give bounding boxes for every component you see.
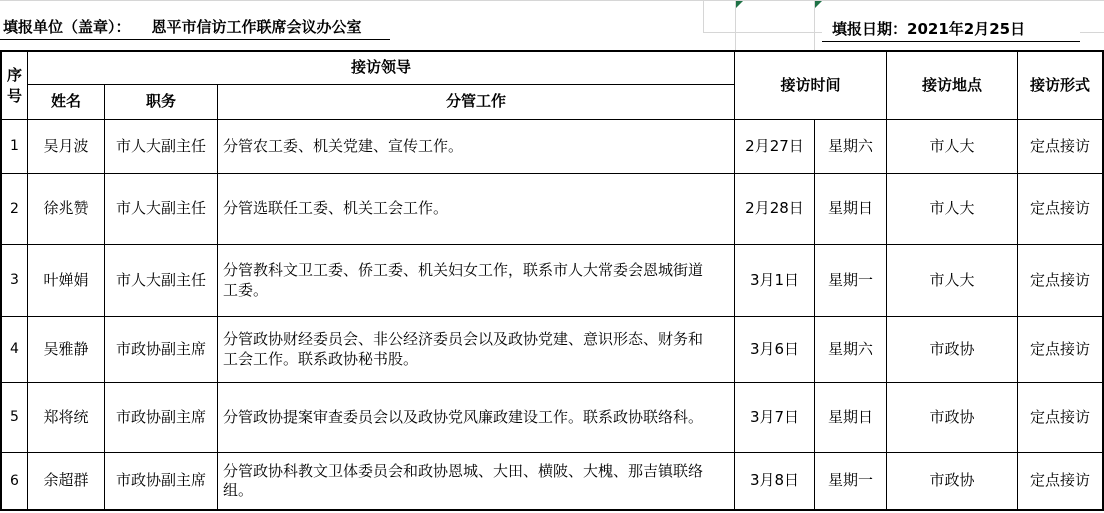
cell-seq[interactable]: 5 [2, 383, 28, 453]
cell-name[interactable]: 徐兆赞 [28, 174, 105, 245]
gridline-vertical [703, 0, 704, 32]
reporting-unit-label: 填报单位（盖章）： [3, 16, 131, 37]
cell-title[interactable]: 市政协副主席 [105, 383, 218, 453]
cell-weekday[interactable]: 星期六 [815, 317, 887, 383]
cell-duty[interactable]: 分管政协提案审查委员会以及政协党风廉政建设工作。联系政协联络科。 [218, 383, 735, 453]
header-seq[interactable]: 序号 [2, 52, 28, 120]
header-location[interactable]: 接访地点 [887, 52, 1018, 120]
cell-name[interactable]: 余超群 [28, 453, 105, 509]
cell-duty[interactable]: 分管选联任工委、机关工会工作。 [218, 174, 735, 245]
reporting-date-label: 填报日期： [832, 18, 907, 39]
cell-title[interactable]: 市政协副主席 [105, 453, 218, 509]
cell-form[interactable]: 定点接访 [1018, 120, 1102, 174]
cell-weekday[interactable]: 星期一 [815, 245, 887, 317]
cell-form[interactable]: 定点接访 [1018, 453, 1102, 509]
cell-seq[interactable]: 4 [2, 317, 28, 383]
cell-weekday[interactable]: 星期日 [815, 383, 887, 453]
cell-title[interactable]: 市人大副主任 [105, 245, 218, 317]
cell-form[interactable]: 定点接访 [1018, 245, 1102, 317]
cell-weekday[interactable]: 星期六 [815, 120, 887, 174]
cell-location[interactable]: 市人大 [887, 120, 1018, 174]
cell-location[interactable]: 市政协 [887, 383, 1018, 453]
cell-location[interactable]: 市政协 [887, 453, 1018, 509]
header-leader-group[interactable]: 接访领导 [28, 52, 735, 85]
cell-weekday[interactable]: 星期日 [815, 174, 887, 245]
cell-date[interactable]: 2月27日 [735, 120, 815, 174]
cell-duty[interactable]: 分管农工委、机关党建、宣传工作。 [218, 120, 735, 174]
cell-duty[interactable]: 分管政协财经委员会、非公经济委员会以及政协党建、意识形态、财务和工会工作。联系政… [218, 317, 735, 383]
cell-date[interactable]: 3月7日 [735, 383, 815, 453]
cell-location[interactable]: 市人大 [887, 174, 1018, 245]
cell-location[interactable]: 市政协 [887, 317, 1018, 383]
cell-seq[interactable]: 2 [2, 174, 28, 245]
cell-weekday[interactable]: 星期一 [815, 453, 887, 509]
reporting-date-value: 2021年2月25日 [907, 18, 1025, 39]
cell-title[interactable]: 市人大副主任 [105, 174, 218, 245]
cell-name[interactable]: 叶婵娟 [28, 245, 105, 317]
spreadsheet-canvas: 填报单位（盖章）： 恩平市信访工作联席会议办公室 填报日期： 2021年2月25… [0, 0, 1104, 513]
cell-seq[interactable]: 6 [2, 453, 28, 509]
cell-date[interactable]: 3月6日 [735, 317, 815, 383]
cell-form[interactable]: 定点接访 [1018, 383, 1102, 453]
cell-title[interactable]: 市人大副主任 [105, 120, 218, 174]
cell-name[interactable]: 吴月波 [28, 120, 105, 174]
gridline-top [0, 0, 1104, 1]
cell-seq[interactable]: 3 [2, 245, 28, 317]
header-title[interactable]: 职务 [105, 85, 218, 120]
cell-form[interactable]: 定点接访 [1018, 174, 1102, 245]
cell-location[interactable]: 市人大 [887, 245, 1018, 317]
green-triangle-icon [736, 1, 743, 8]
cell-date[interactable]: 3月8日 [735, 453, 815, 509]
cell-duty[interactable]: 分管政协科教文卫体委员会和政协恩城、大田、横陂、大槐、那吉镇联络组。 [218, 453, 735, 509]
cell-name[interactable]: 吴雅静 [28, 317, 105, 383]
header-duty[interactable]: 分管工作 [218, 85, 735, 120]
cell-form[interactable]: 定点接访 [1018, 317, 1102, 383]
header-time[interactable]: 接访时间 [735, 52, 887, 120]
green-triangle-icon [815, 1, 822, 8]
cell-date[interactable]: 2月28日 [735, 174, 815, 245]
cell-duty[interactable]: 分管教科文卫工委、侨工委、机关妇女工作，联系市人大常委会恩城街道工委。 [218, 245, 735, 317]
header-name[interactable]: 姓名 [28, 85, 105, 120]
cell-seq[interactable]: 1 [2, 120, 28, 174]
reporting-date-cell[interactable]: 填报日期： 2021年2月25日 [822, 16, 1080, 42]
header-form[interactable]: 接访形式 [1018, 52, 1102, 120]
cell-name[interactable]: 郑将统 [28, 383, 105, 453]
cell-title[interactable]: 市政协副主席 [105, 317, 218, 383]
visit-schedule-table: 序号 接访领导 姓名 职务 分管工作 接访时间 接访地点 接访形式 1 吴月波 … [0, 50, 1104, 511]
reporting-unit-cell[interactable]: 填报单位（盖章）： 恩平市信访工作联席会议办公室 [0, 14, 390, 40]
cell-date[interactable]: 3月1日 [735, 245, 815, 317]
reporting-unit-value: 恩平市信访工作联席会议办公室 [152, 16, 362, 37]
